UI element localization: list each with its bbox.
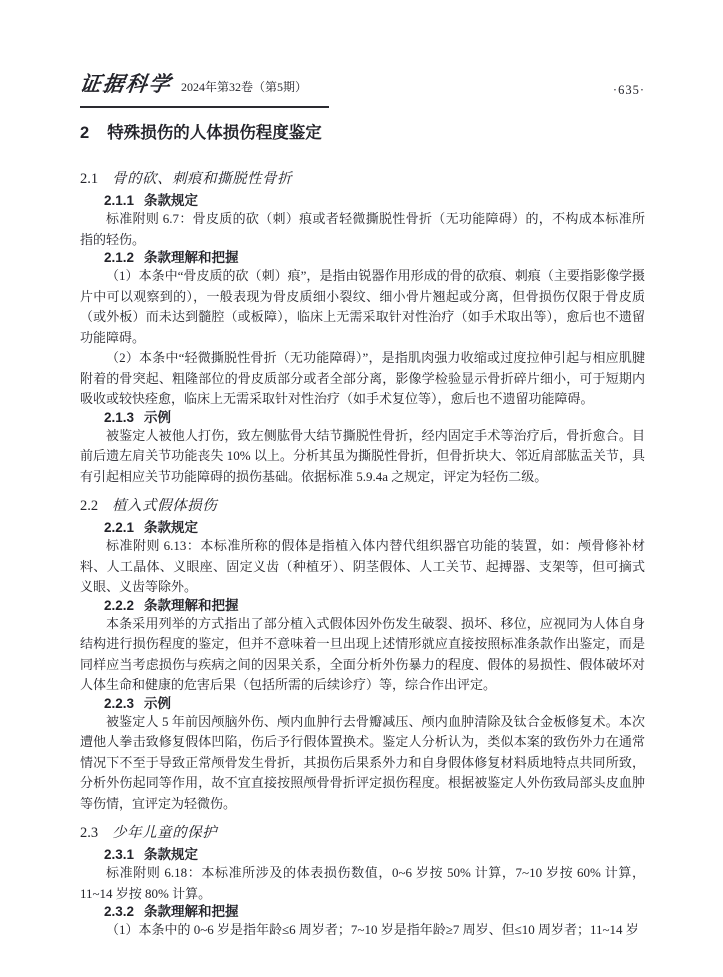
clause-number: 2.2.2 — [104, 598, 134, 613]
section-number: 2.3 — [80, 825, 98, 841]
section-heading-2-3: 2.3少年儿童的保护 — [80, 824, 645, 842]
clause-number: 2.2.1 — [104, 520, 134, 535]
clause-title: 条款理解和把握 — [144, 598, 239, 613]
body-paragraph: 标准附则 6.18：本标准所涉及的体表损伤数值，0~6 岁按 50% 计算，7~… — [80, 863, 645, 904]
clause-title: 条款理解和把握 — [144, 250, 239, 265]
section-title: 植入式假体损伤 — [112, 498, 217, 514]
section-number: 2.2 — [80, 498, 98, 514]
body-paragraph: 被鉴定人 5 年前因颅脑外伤、颅内血肿行去骨瓣减压、颅内血肿清除及钛合金板修复术… — [80, 712, 645, 815]
journal-page: 证据科学2024年第32卷（第5期） ·635· 2特殊损伤的人体损伤程度鉴定 … — [0, 0, 723, 977]
clause-title: 示例 — [144, 410, 171, 425]
section-title: 少年儿童的保护 — [112, 825, 217, 841]
clause-number: 2.1.3 — [104, 410, 134, 425]
clause-heading: 2.2.3示例 — [80, 696, 645, 712]
issue-info: 2024年第32卷（第5期） — [181, 80, 307, 94]
section-heading-2-2: 2.2植入式假体损伤 — [80, 497, 645, 515]
chapter-number: 2 — [80, 124, 89, 142]
clause-title: 条款规定 — [144, 520, 198, 535]
body-paragraph: （2）本条中“轻微撕脱性骨折（无功能障碍）”，是指肌肉强力收缩或过度拉伸引起与相… — [80, 348, 645, 410]
body-paragraph: 标准附则 6.13：本标准所称的假体是指植入体内替代组织器官功能的装置，如：颅骨… — [80, 536, 645, 598]
section-heading-2-1: 2.1骨的砍、刺痕和撕脱性骨折 — [80, 170, 645, 188]
body-paragraph: 本条采用列举的方式指出了部分植入式假体因外伤发生破裂、损坏、移位，应视同为人体自… — [80, 614, 645, 696]
section-title: 骨的砍、刺痕和撕脱性骨折 — [112, 171, 292, 187]
clause-number: 2.1.1 — [104, 193, 134, 208]
page-header: 证据科学2024年第32卷（第5期） ·635· — [80, 68, 645, 108]
body-paragraph: 被鉴定人被他人打伤，致左侧肱骨大结节撕脱性骨折，经内固定手术等治疗后，骨折愈合。… — [80, 426, 645, 488]
chapter-title: 特殊损伤的人体损伤程度鉴定 — [107, 124, 322, 142]
clause-heading: 2.1.1条款规定 — [80, 193, 645, 209]
clause-heading: 2.3.1条款规定 — [80, 847, 645, 863]
clause-number: 2.1.2 — [104, 250, 134, 265]
clause-heading: 2.1.3示例 — [80, 410, 645, 426]
body-paragraph: （1）本条中的 0~6 岁是指年龄≤6 周岁者；7~10 岁是指年龄≥7 周岁、… — [80, 920, 645, 941]
section-number: 2.1 — [80, 171, 98, 187]
journal-logo: 证据科学 — [78, 68, 174, 98]
clause-heading: 2.1.2条款理解和把握 — [80, 250, 645, 266]
clause-title: 示例 — [144, 696, 171, 711]
clause-title: 条款理解和把握 — [144, 904, 239, 919]
clause-title: 条款规定 — [144, 193, 198, 208]
body-paragraph: （1）本条中“骨皮质的砍（刺）痕”，是指由锐器作用形成的骨的砍痕、刺痕（主要指影… — [80, 266, 645, 348]
journal-masthead: 证据科学2024年第32卷（第5期） — [80, 68, 329, 108]
page-number: ·635· — [613, 83, 645, 108]
clause-number: 2.3.2 — [104, 904, 134, 919]
clause-number: 2.3.1 — [104, 847, 134, 862]
clause-heading: 2.2.1条款规定 — [80, 520, 645, 536]
chapter-heading: 2特殊损伤的人体损伤程度鉴定 — [80, 122, 645, 144]
clause-number: 2.2.3 — [104, 696, 134, 711]
clause-heading: 2.2.2条款理解和把握 — [80, 598, 645, 614]
clause-heading: 2.3.2条款理解和把握 — [80, 904, 645, 920]
body-paragraph: 标准附则 6.7：骨皮质的砍（刺）痕或者轻微撕脱性骨折（无功能障碍）的，不构成本… — [80, 209, 645, 250]
clause-title: 条款规定 — [144, 847, 198, 862]
